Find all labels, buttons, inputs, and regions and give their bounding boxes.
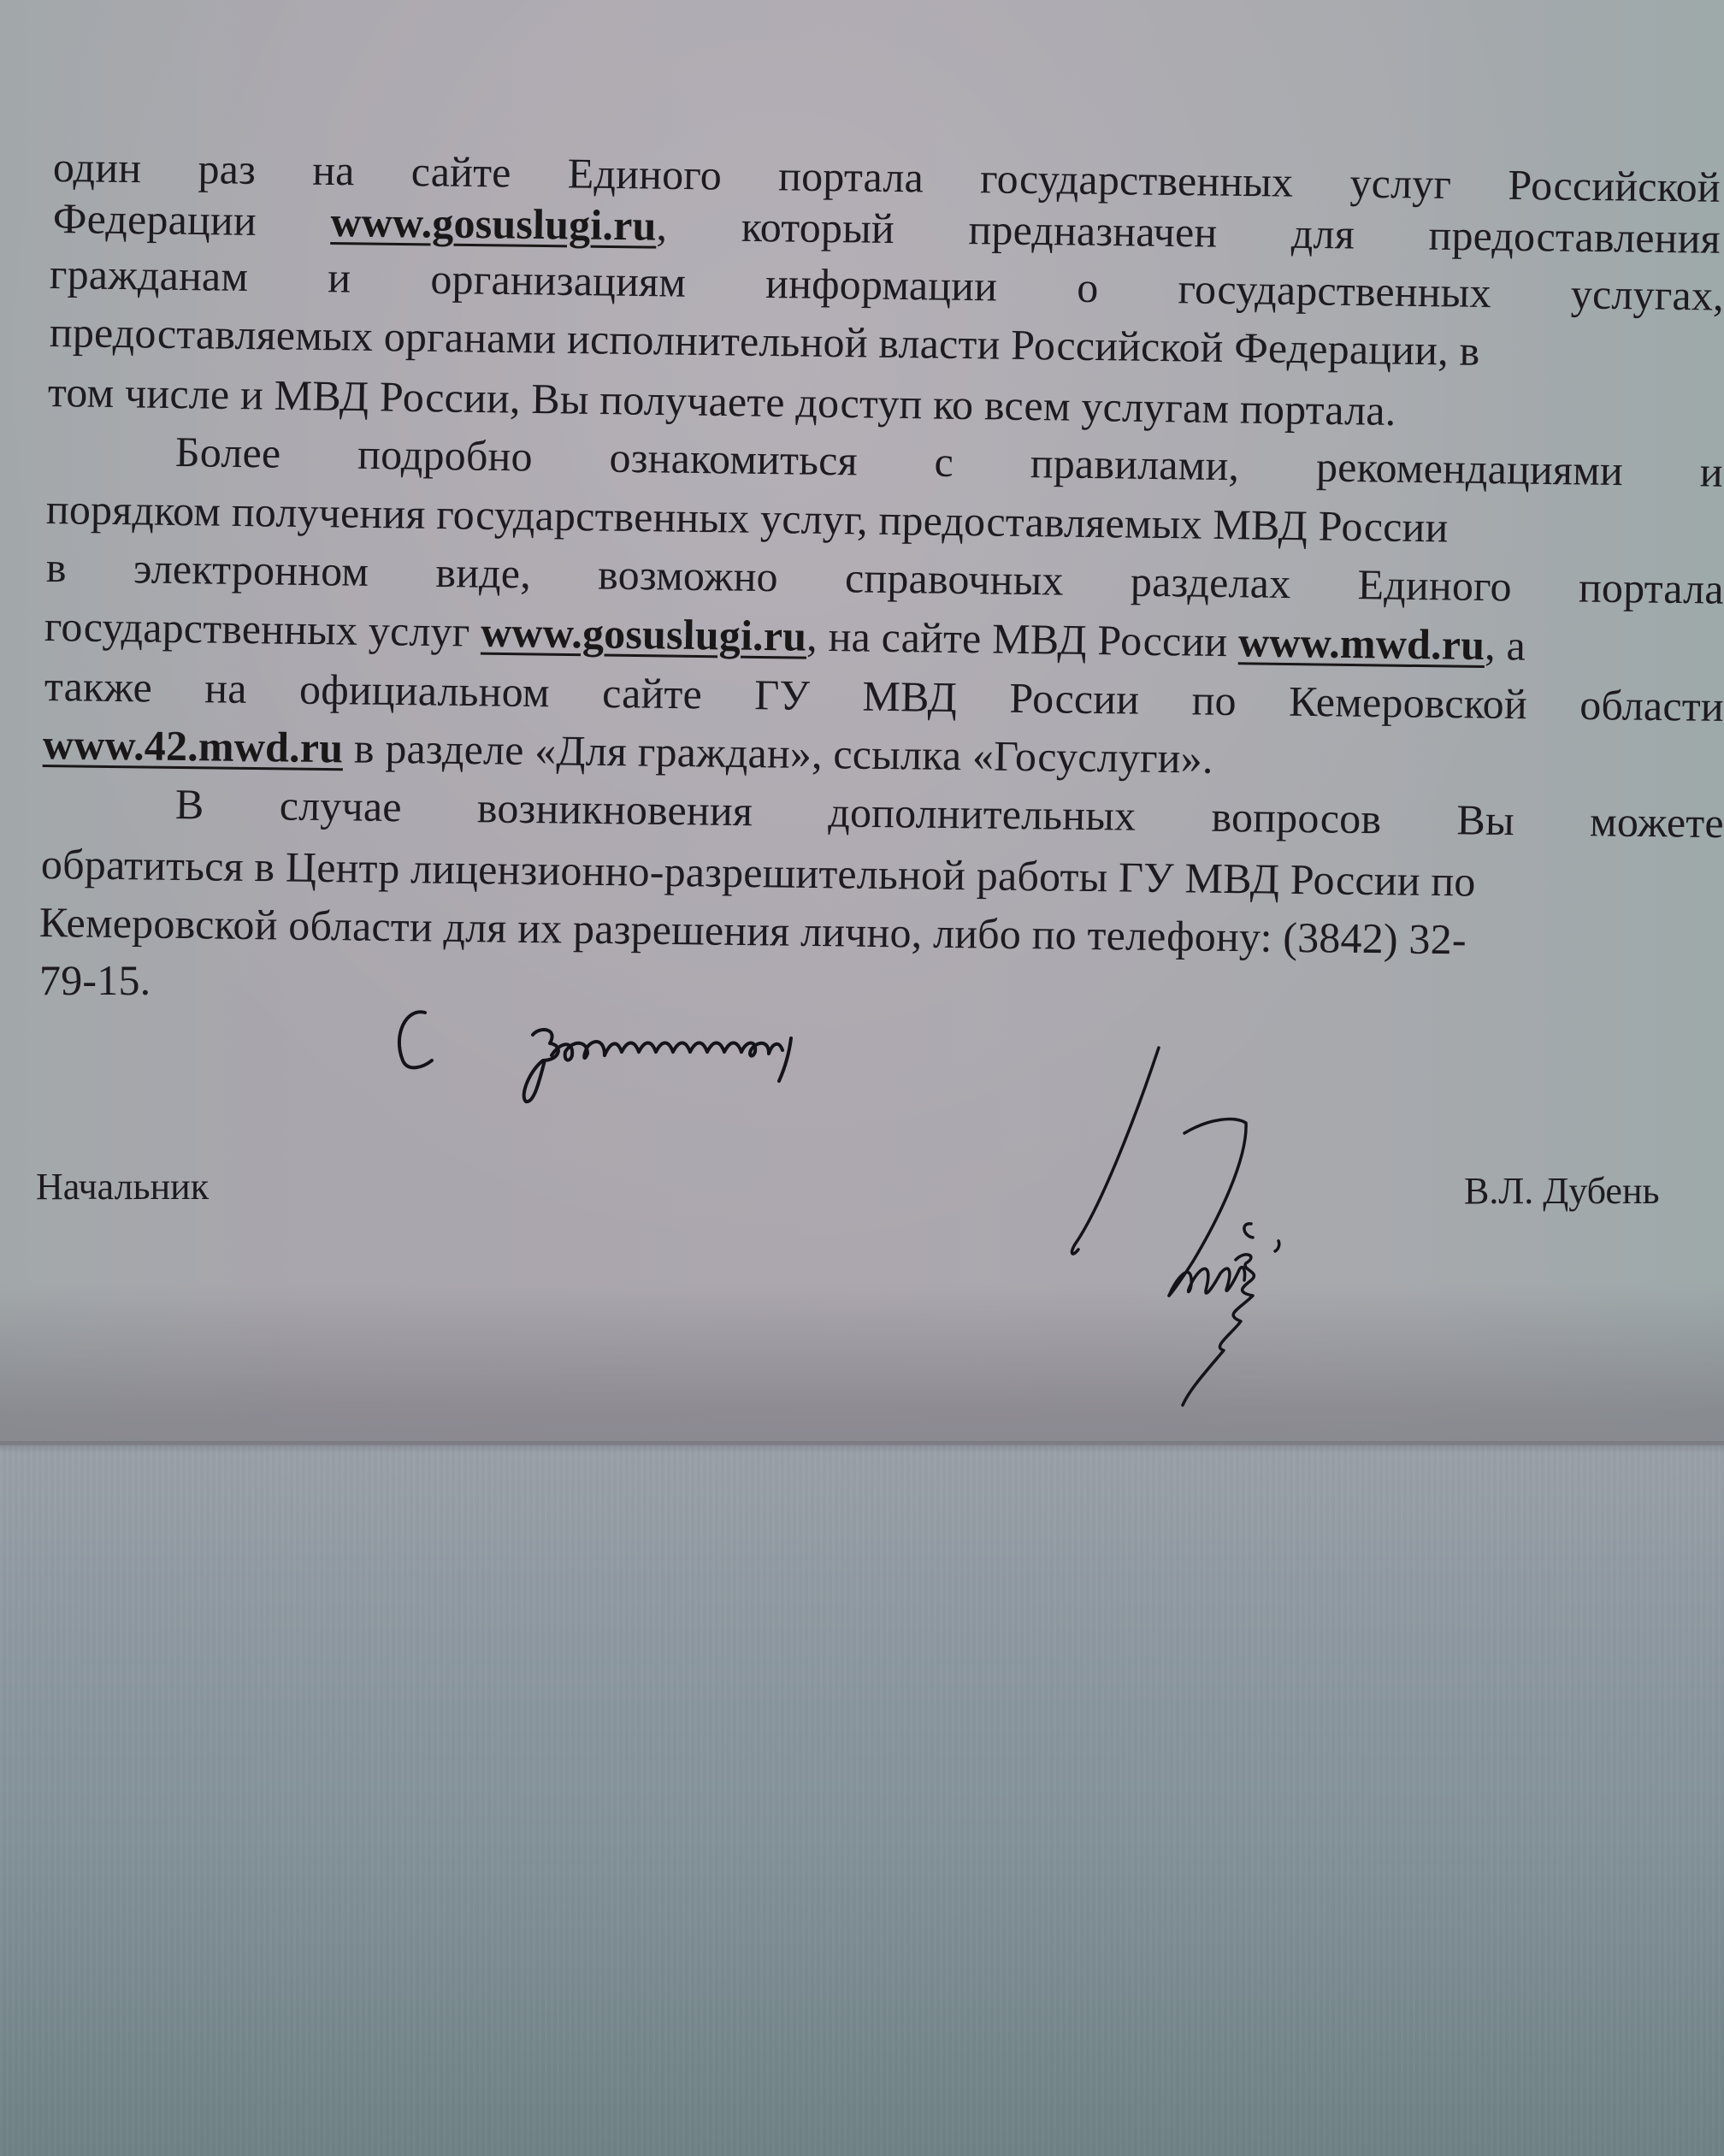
word: возникновения [477, 782, 753, 836]
word: информации [765, 257, 998, 312]
word: области [1579, 679, 1724, 732]
link-gosuslugi-wrap: www.gosuslugi.ru, [330, 196, 668, 251]
text: , на сайте МВД России [806, 612, 1239, 666]
word: России [1009, 672, 1140, 725]
link-mwd[interactable]: www.mwd.ru [1238, 617, 1485, 669]
word: Российской [1508, 159, 1721, 213]
word: на [312, 145, 355, 197]
word: возможно [598, 548, 778, 602]
word: по [1191, 674, 1237, 726]
word: ГУ [754, 669, 810, 721]
word: виде, [435, 546, 531, 599]
word: и [328, 251, 351, 303]
word: рекомендациями [1316, 440, 1624, 496]
word: вопросов [1211, 791, 1381, 844]
word: для [1291, 208, 1355, 260]
word: разделах [1131, 556, 1291, 609]
word: электронном [133, 542, 369, 597]
word: организациям [430, 253, 686, 308]
word: услуг [1349, 157, 1451, 210]
word: предоставления [1428, 210, 1721, 264]
word: правилами, [1030, 437, 1239, 491]
link-42-mwd[interactable]: www.42.mwd.ru [43, 720, 344, 771]
text: в разделе «Для граждан», ссылка «Госуслу… [343, 724, 1213, 782]
word: гражданам [50, 248, 249, 302]
word: Более [175, 426, 281, 479]
word: и [1699, 446, 1723, 497]
word: МВД [862, 670, 957, 723]
word: В [175, 778, 204, 830]
word: один [53, 141, 142, 193]
p3-line-4: 79-15. [39, 954, 151, 1006]
word: Кемеровской [1289, 676, 1527, 729]
word: Единого [567, 147, 722, 200]
word: на [204, 662, 247, 714]
word: сайте [602, 667, 703, 719]
paper-fold-line [0, 1441, 1724, 1453]
word: официальном [299, 664, 550, 718]
word: портала [1579, 561, 1724, 614]
word: справочных [845, 552, 1064, 605]
word: ознакомиться [609, 432, 858, 487]
signature-icon [1022, 1039, 1364, 1415]
handwritten-greeting-icon: С уважением, [389, 1001, 936, 1112]
position-title: Начальник [36, 1166, 209, 1208]
word: подробно [357, 428, 533, 482]
word: предназначен [968, 204, 1218, 258]
word: можете [1590, 795, 1724, 848]
fold-shadow [0, 1283, 1724, 1467]
link-gosuslugi-2[interactable]: www.gosuslugi.ru [481, 608, 807, 660]
text: государственных услуг [44, 602, 481, 656]
word: портала [778, 150, 924, 203]
word: дополнительных [828, 786, 1137, 841]
word: который [741, 201, 895, 254]
word: государственных [1178, 263, 1491, 318]
word: услугах, [1570, 268, 1724, 321]
word: случае [279, 779, 402, 832]
link-gosuslugi[interactable]: www.gosuslugi.ru [330, 198, 657, 250]
word: Единого [1357, 558, 1512, 611]
word: государственных [980, 152, 1294, 207]
signatory-name: В.Л. Дубень [1464, 1170, 1660, 1213]
word: в [46, 541, 68, 593]
word: с [934, 436, 954, 487]
text: , а [1485, 621, 1526, 670]
word: Вы [1456, 794, 1514, 846]
paper-lower-section [0, 1445, 1724, 2156]
word: Федерации [53, 192, 257, 246]
word: сайте [410, 145, 511, 198]
word: раз [198, 143, 256, 195]
word: также [44, 660, 153, 713]
word: о [1077, 262, 1099, 313]
